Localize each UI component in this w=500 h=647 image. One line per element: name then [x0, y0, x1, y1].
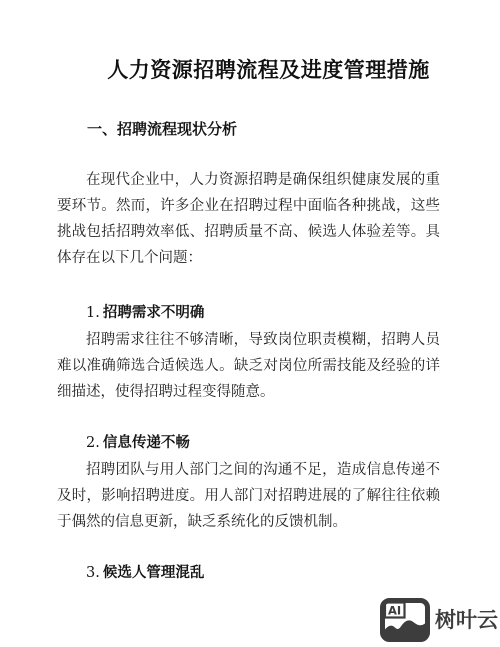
section-heading: 一、招聘流程现状分析 — [57, 119, 440, 139]
watermark-brand-text: 树叶云 — [435, 610, 498, 631]
item-2-number: 2. — [86, 435, 100, 451]
item-1-heading: 1.招聘需求不明确 — [57, 303, 440, 323]
item-3-title: 候选人管理混乱 — [103, 564, 205, 581]
item-1-title: 招聘需求不明确 — [103, 304, 205, 321]
item-3-number: 3. — [86, 565, 100, 581]
item-2-title: 信息传递不畅 — [103, 434, 190, 451]
document-page: 人力资源招聘流程及进度管理措施 一、招聘流程现状分析 在现代企业中，人力资源招聘… — [0, 0, 500, 647]
item-3-heading: 3.候选人管理混乱 — [57, 563, 440, 583]
document-title: 人力资源招聘流程及进度管理措施 — [97, 56, 440, 85]
list-item-1: 1.招聘需求不明确 招聘需求往往不够清晰，导致岗位职责模糊，招聘人员难以准确筛选… — [57, 303, 440, 405]
item-2-heading: 2.信息传递不畅 — [57, 433, 440, 453]
item-1-body: 招聘需求往往不够清晰，导致岗位职责模糊，招聘人员难以准确筛选合适候选人。缺乏对岗… — [57, 327, 440, 405]
intro-paragraph: 在现代企业中，人力资源招聘是确保组织健康发展的重要环节。然而，许多企业在招聘过程… — [57, 167, 440, 271]
item-1-number: 1. — [86, 305, 100, 321]
item-2-body: 招聘团队与用人部门之间的沟通不足，造成信息传递不及时，影响招聘进度。用人部门对招… — [57, 457, 440, 535]
shuyeyun-logo-icon: AI — [380, 598, 430, 642]
watermark: AI 树叶云 — [380, 598, 498, 642]
list-item-3: 3.候选人管理混乱 — [57, 563, 440, 583]
list-item-2: 2.信息传递不畅 招聘团队与用人部门之间的沟通不足，造成信息传递不及时，影响招聘… — [57, 433, 440, 535]
logo-ai-label: AI — [388, 604, 401, 618]
